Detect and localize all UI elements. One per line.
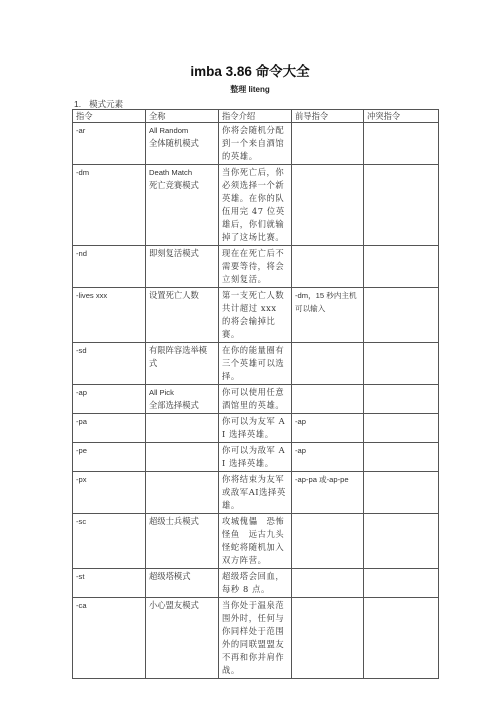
cell-conflict <box>364 414 439 443</box>
table-row: -sd有限阵容选举模式在你的能量圈有三个英雄可以选择。 <box>73 343 439 385</box>
cell-conflict <box>364 343 439 385</box>
cell-conflict <box>364 385 439 414</box>
cell-full-name <box>146 472 219 514</box>
cell-full-name: 超级士兵模式 <box>146 514 219 569</box>
cell-command: -sc <box>73 514 146 569</box>
cell-conflict <box>364 165 439 246</box>
commands-table: 指令 全称 指令介绍 前导指令 冲突指令 -arAll Random全体随机模式… <box>72 109 439 679</box>
document-subtitle: 整理 liteng <box>0 84 500 95</box>
table-row: -pa你可以为友军 AI 选择英雄。-ap <box>73 414 439 443</box>
cell-prerequisite: -ap <box>292 414 364 443</box>
cell-description: 超级塔会回血，每秒 8 点。 <box>219 569 292 598</box>
cell-conflict <box>364 472 439 514</box>
cell-description: 在你的能量圈有三个英雄可以选择。 <box>219 343 292 385</box>
table-row: -px你将结束为友军或敌军AI选择英雄。-ap-pa 或-ap-pe <box>73 472 439 514</box>
cell-conflict <box>364 443 439 472</box>
header-cell: 全称 <box>146 110 219 123</box>
cell-prerequisite <box>292 123 364 165</box>
full-name-zh: 超级塔模式 <box>149 570 215 583</box>
cell-description: 攻城傀儡 恐怖怪鱼 远古九头怪蛇将随机加入双方阵营。 <box>219 514 292 569</box>
cell-conflict <box>364 246 439 288</box>
cell-description: 第一支死亡人数共计超过 xxx 的将会输掉比赛。 <box>219 288 292 343</box>
cell-command: -nd <box>73 246 146 288</box>
cell-prerequisite: -ap <box>292 443 364 472</box>
cell-conflict <box>364 514 439 569</box>
table-row: -st超级塔模式超级塔会回血，每秒 8 点。 <box>73 569 439 598</box>
cell-command: -sd <box>73 343 146 385</box>
full-name-zh: 小心盟友模式 <box>149 599 215 612</box>
table-row: -dmDeath Match死亡竞赛模式当你死亡后，你必须选择一个新英雄。在你的… <box>73 165 439 246</box>
cell-description: 你将结束为友军或敌军AI选择英雄。 <box>219 472 292 514</box>
header-cell: 指令 <box>73 110 146 123</box>
cell-full-name <box>146 443 219 472</box>
cell-full-name: All Pick全部选择模式 <box>146 385 219 414</box>
cell-description: 现在在死亡后不需要等待，将会立刻复活。 <box>219 246 292 288</box>
cell-command: -px <box>73 472 146 514</box>
document-title: imba 3.86 命令大全 <box>0 60 500 80</box>
cell-full-name: 小心盟友模式 <box>146 598 219 679</box>
cell-full-name: All Random全体随机模式 <box>146 123 219 165</box>
full-name-en: All Random <box>149 124 215 137</box>
cell-command: -ca <box>73 598 146 679</box>
table-row: -arAll Random全体随机模式你将会随机分配到一个来自酒馆的英雄。 <box>73 123 439 165</box>
full-name-zh: 全部选择模式 <box>149 399 215 412</box>
cell-prerequisite <box>292 246 364 288</box>
table-row: -sc超级士兵模式攻城傀儡 恐怖怪鱼 远古九头怪蛇将随机加入双方阵营。 <box>73 514 439 569</box>
cell-description: 你将会随机分配到一个来自酒馆的英雄。 <box>219 123 292 165</box>
cell-command: -pa <box>73 414 146 443</box>
cell-command: -lives xxx <box>73 288 146 343</box>
header-cell: 冲突指令 <box>364 110 439 123</box>
cell-conflict <box>364 569 439 598</box>
cell-prerequisite <box>292 514 364 569</box>
cell-full-name: 超级塔模式 <box>146 569 219 598</box>
full-name-en: All Pick <box>149 386 215 399</box>
cell-command: -st <box>73 569 146 598</box>
full-name-zh: 超级士兵模式 <box>149 515 215 528</box>
full-name-zh: 全体随机模式 <box>149 137 215 150</box>
cell-command: -ap <box>73 385 146 414</box>
full-name-en: Death Match <box>149 166 215 179</box>
full-name-zh: 即刻复活模式 <box>149 247 215 260</box>
table-row: -apAll Pick全部选择模式你可以使用任意酒馆里的英雄。 <box>73 385 439 414</box>
cell-full-name <box>146 414 219 443</box>
full-name-zh: 设置死亡人数 <box>149 289 215 302</box>
cell-command: -pe <box>73 443 146 472</box>
cell-prerequisite <box>292 598 364 679</box>
cell-command: -dm <box>73 165 146 246</box>
table-row: -nd即刻复活模式现在在死亡后不需要等待，将会立刻复活。 <box>73 246 439 288</box>
header-cell: 前导指令 <box>292 110 364 123</box>
table-header-row: 指令 全称 指令介绍 前导指令 冲突指令 <box>73 110 439 123</box>
cell-prerequisite <box>292 569 364 598</box>
cell-command: -ar <box>73 123 146 165</box>
section-number: 1. <box>74 99 81 109</box>
table-row: -pe你可以为敌军 AI 选择英雄。-ap <box>73 443 439 472</box>
cell-description: 你可以使用任意酒馆里的英雄。 <box>219 385 292 414</box>
header-cell: 指令介绍 <box>219 110 292 123</box>
cell-description: 你可以为敌军 AI 选择英雄。 <box>219 443 292 472</box>
cell-description: 当你死亡后，你必须选择一个新英雄。在你的队伍用完 47 位英雄后，你们就输掉了这… <box>219 165 292 246</box>
cell-full-name: Death Match死亡竞赛模式 <box>146 165 219 246</box>
cell-description: 你可以为友军 AI 选择英雄。 <box>219 414 292 443</box>
cell-full-name: 设置死亡人数 <box>146 288 219 343</box>
full-name-zh: 有限阵容选举模式 <box>149 344 215 370</box>
cell-full-name: 即刻复活模式 <box>146 246 219 288</box>
table-row: -lives xxx设置死亡人数第一支死亡人数共计超过 xxx 的将会输掉比赛。… <box>73 288 439 343</box>
cell-description: 当你处于温泉范围外时，任何与你同样处于范围外的同联盟盟友不再和你并肩作战。 <box>219 598 292 679</box>
cell-full-name: 有限阵容选举模式 <box>146 343 219 385</box>
cell-prerequisite <box>292 165 364 246</box>
table-row: -ca小心盟友模式当你处于温泉范围外时，任何与你同样处于范围外的同联盟盟友不再和… <box>73 598 439 679</box>
cell-prerequisite <box>292 343 364 385</box>
cell-conflict <box>364 598 439 679</box>
cell-conflict <box>364 123 439 165</box>
cell-prerequisite <box>292 385 364 414</box>
full-name-zh: 死亡竞赛模式 <box>149 179 215 192</box>
cell-prerequisite: -ap-pa 或-ap-pe <box>292 472 364 514</box>
cell-prerequisite: -dm，15 秒内主机可以输入 <box>292 288 364 343</box>
cell-conflict <box>364 288 439 343</box>
